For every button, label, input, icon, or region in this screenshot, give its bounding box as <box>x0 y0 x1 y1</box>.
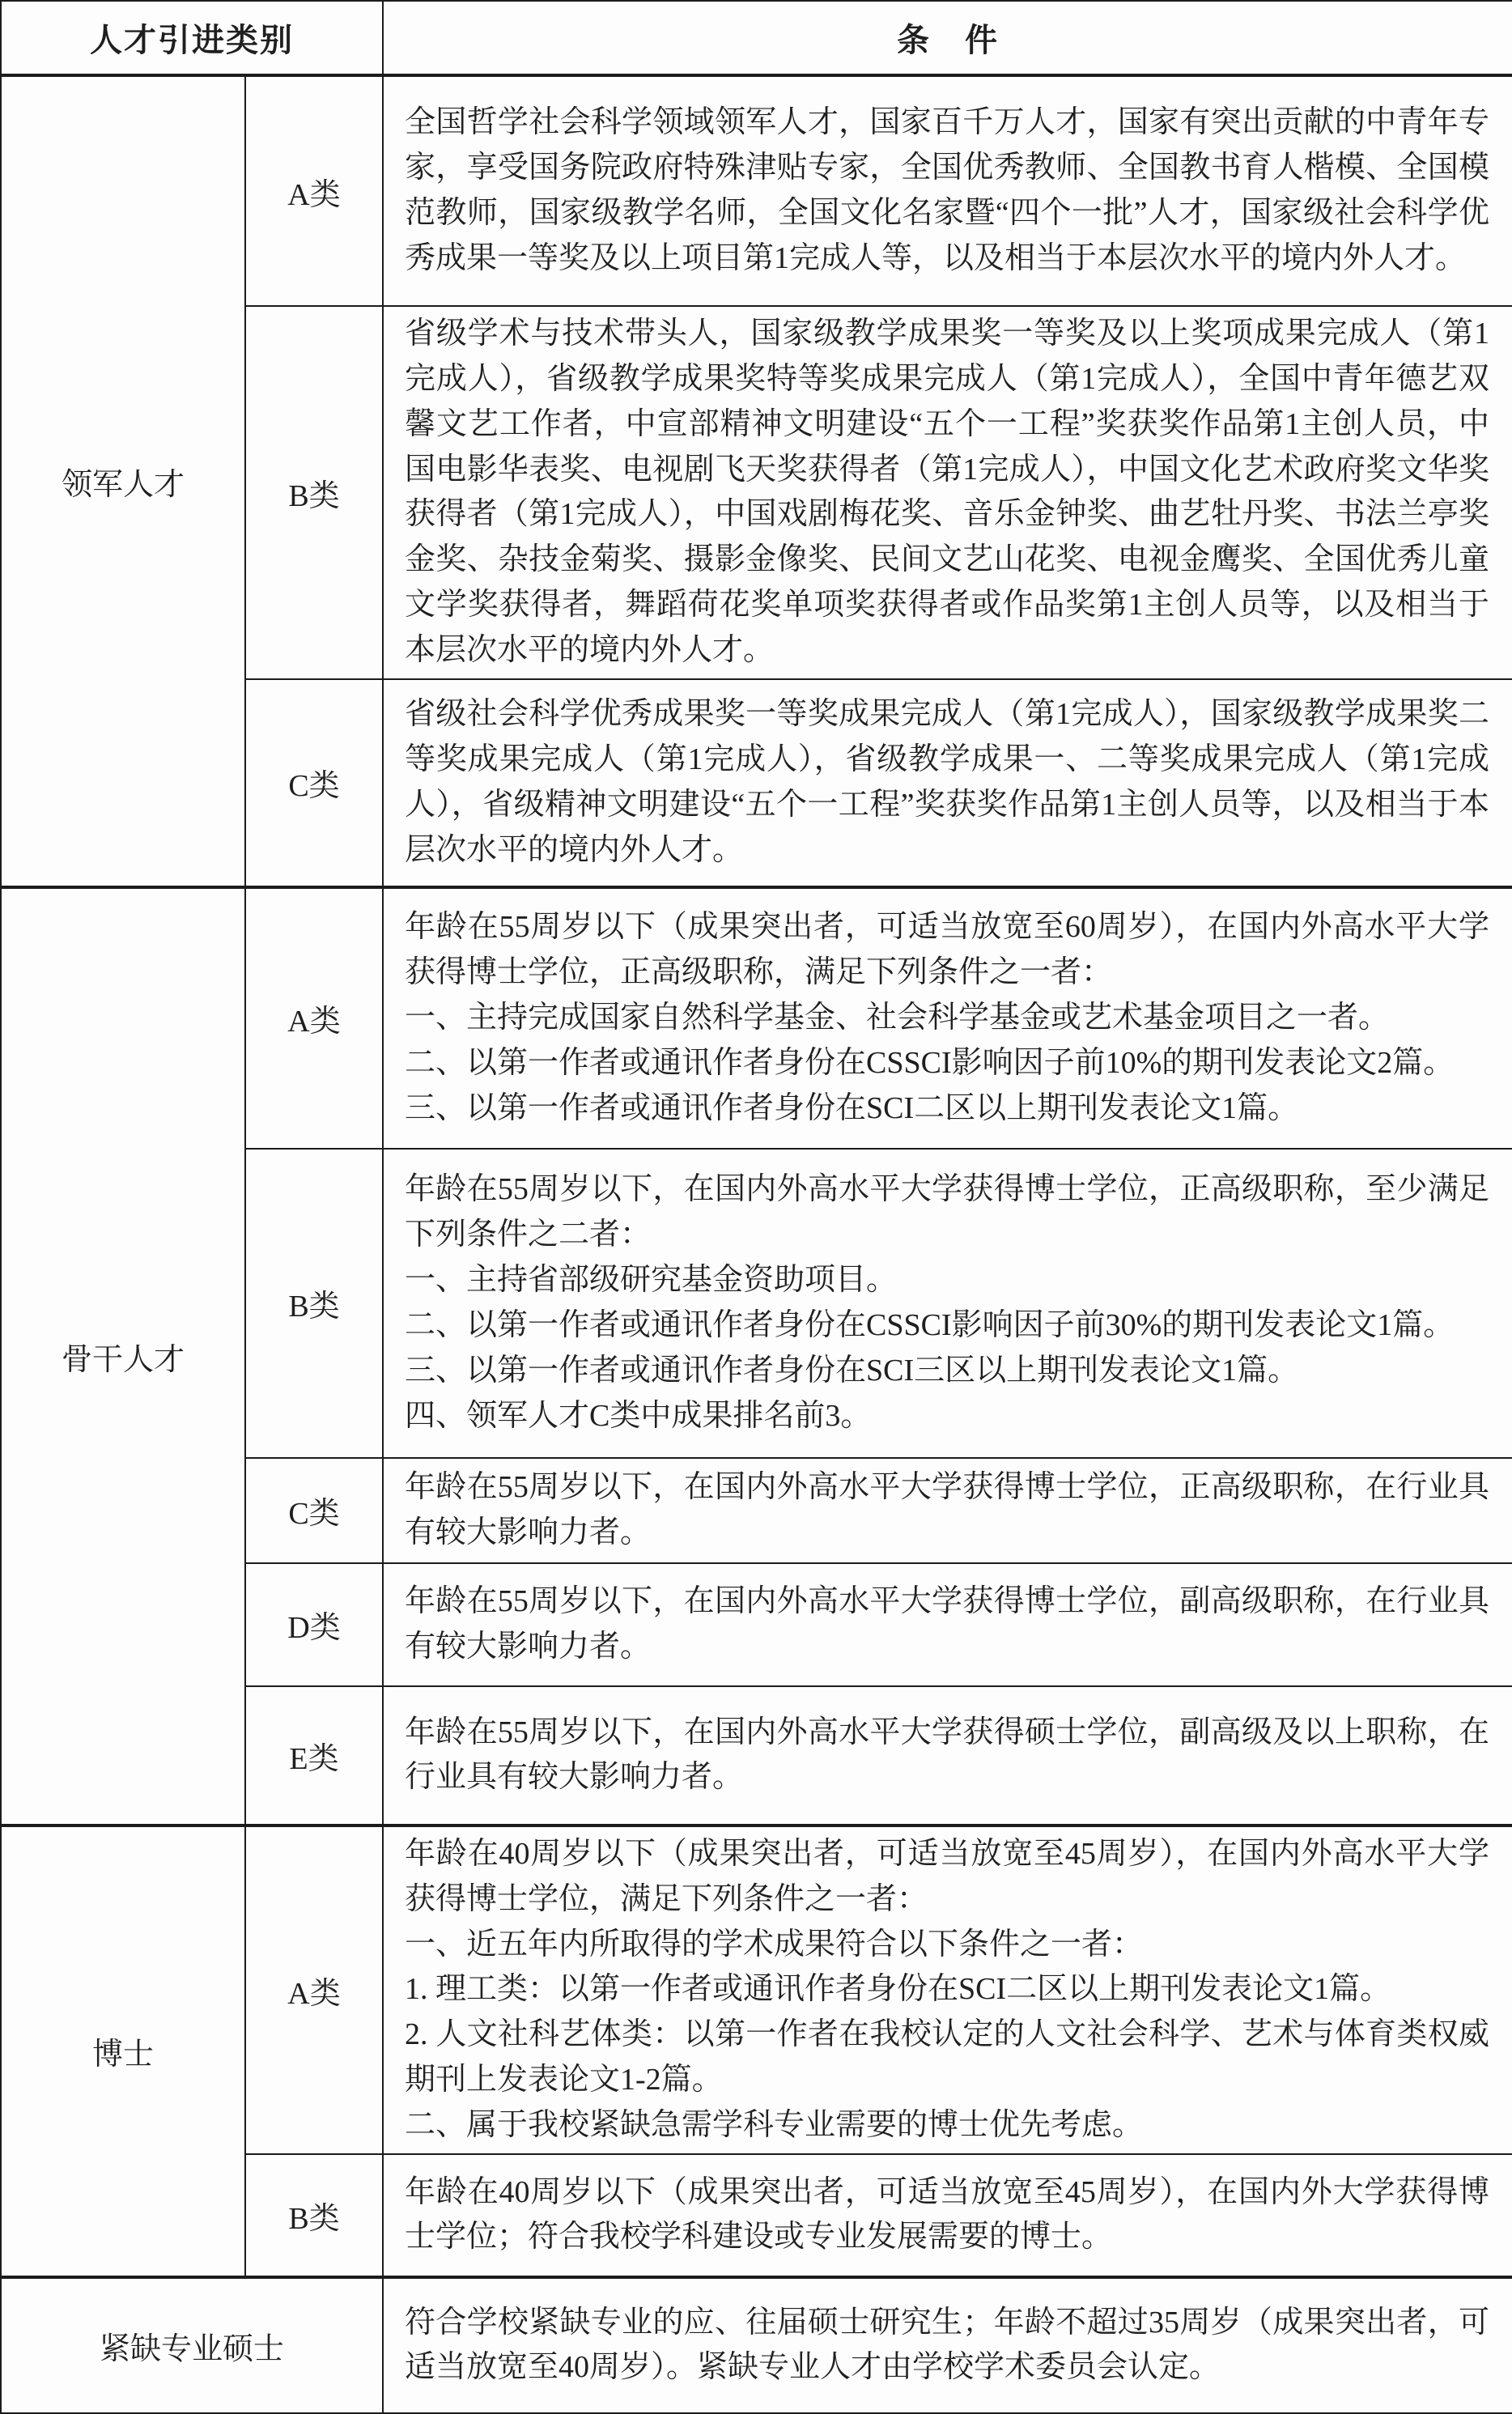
document-page: 人才引进类别 条 件 领军人才 A类 全国哲学社会科学领域领军人才，国家百千万人… <box>0 0 1512 2414</box>
condition-cell-leading-b: 省级学术与技术带头人，国家级教学成果奖一等奖及以上奖项成果完成人（第1完成人），… <box>383 306 1512 679</box>
condition-cell-backbone-c: 年龄在55周岁以下，在国内外高水平大学获得博士学位，正高级职称，在行业具有较大影… <box>383 1458 1512 1563</box>
group-label-backbone-talent: 骨干人才 <box>1 887 245 1825</box>
group-label-leading-talent: 领军人才 <box>1 75 245 887</box>
header-condition-cell: 条 件 <box>383 1 1512 75</box>
table-row: 博士 A类 年龄在40周岁以下（成果突出者，可适当放宽至45周岁），在国内外高水… <box>1 1825 1512 2154</box>
group-label-scarce-major-master: 紧缺专业硕士 <box>1 2277 383 2413</box>
condition-cell-doctor-a: 年龄在40周岁以下（成果突出者，可适当放宽至45周岁），在国内外高水平大学获得博… <box>383 1825 1512 2154</box>
condition-cell-leading-c: 省级社会科学优秀成果奖一等奖成果完成人（第1完成人），国家级教学成果奖二等奖成果… <box>383 679 1512 887</box>
tier-cell-backbone-c: C类 <box>245 1458 383 1563</box>
tier-cell-doctor-a: A类 <box>245 1825 383 2154</box>
tier-cell-leading-a: A类 <box>245 75 383 306</box>
condition-cell-backbone-b: 年龄在55周岁以下，在国内外高水平大学获得博士学位，正高级职称，至少满足下列条件… <box>383 1149 1512 1458</box>
tier-cell-leading-b: B类 <box>245 306 383 679</box>
table-row: 骨干人才 A类 年龄在55周岁以下（成果突出者，可适当放宽至60周岁），在国内外… <box>1 887 1512 1149</box>
tier-cell-leading-c: C类 <box>245 679 383 887</box>
table-header-row: 人才引进类别 条 件 <box>1 1 1512 75</box>
condition-cell-leading-a: 全国哲学社会科学领域领军人才，国家百千万人才，国家有突出贡献的中青年专家，享受国… <box>383 75 1512 306</box>
table-row: 紧缺专业硕士 符合学校紧缺专业的应、往届硕士研究生；年龄不超过35周岁（成果突出… <box>1 2277 1512 2413</box>
header-category-cell: 人才引进类别 <box>1 1 383 75</box>
table-row: 领军人才 A类 全国哲学社会科学领域领军人才，国家百千万人才，国家有突出贡献的中… <box>1 75 1512 306</box>
condition-cell-backbone-d: 年龄在55周岁以下，在国内外高水平大学获得博士学位，副高级职称，在行业具有较大影… <box>383 1563 1512 1686</box>
talent-recruitment-table: 人才引进类别 条 件 领军人才 A类 全国哲学社会科学领域领军人才，国家百千万人… <box>0 0 1512 2414</box>
tier-cell-backbone-e: E类 <box>245 1686 383 1825</box>
condition-cell-scarce-major-master: 符合学校紧缺专业的应、往届硕士研究生；年龄不超过35周岁（成果突出者，可适当放宽… <box>383 2277 1512 2413</box>
tier-cell-backbone-a: A类 <box>245 887 383 1149</box>
condition-cell-backbone-a: 年龄在55周岁以下（成果突出者，可适当放宽至60周岁），在国内外高水平大学获得博… <box>383 887 1512 1149</box>
condition-cell-doctor-b: 年龄在40周岁以下（成果突出者，可适当放宽至45周岁），在国内外大学获得博士学位… <box>383 2154 1512 2277</box>
group-label-doctor: 博士 <box>1 1825 245 2277</box>
tier-cell-doctor-b: B类 <box>245 2154 383 2277</box>
tier-cell-backbone-b: B类 <box>245 1149 383 1458</box>
condition-cell-backbone-e: 年龄在55周岁以下，在国内外高水平大学获得硕士学位，副高级及以上职称，在行业具有… <box>383 1686 1512 1825</box>
tier-cell-backbone-d: D类 <box>245 1563 383 1686</box>
